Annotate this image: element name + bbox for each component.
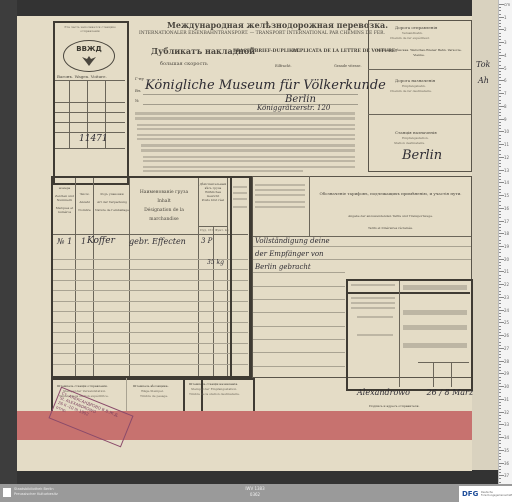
remarks-line-3: Berlin gebracht: [255, 263, 311, 271]
destination-railway-fr: Chemin de fer destinataire.: [390, 89, 432, 93]
header-weight-ru: Дѣйствительный вѣсъ груза: [200, 182, 227, 190]
ruler-tick: [499, 443, 501, 444]
row1-count: 1: [81, 237, 86, 246]
shelfmark: IWV 1383 0362: [240, 486, 270, 498]
ruler-tick: [499, 415, 501, 416]
subheader-funt: Фунт. kg: [215, 228, 229, 232]
ruler-tick: [499, 160, 501, 161]
wagon-label: Вагонъ. Wagen. Voiture.: [57, 74, 107, 79]
ruler-number: 32: [504, 410, 509, 415]
funder-logo: DFG Deutsche Forschungsgemeinschaft: [459, 486, 512, 502]
ruler-tick: [499, 205, 501, 206]
ruler-tick: [499, 189, 501, 190]
ruler-tick: [499, 322, 504, 323]
weighing-stamp-label-de: Wäge-Stempel.: [141, 389, 164, 393]
ruler-number: 1: [504, 15, 507, 20]
ruler-tick: [499, 262, 501, 263]
addressee-name: Königliche Museum für Völkerkunde: [145, 78, 386, 93]
ruler-tick: [499, 125, 501, 126]
ruler-tick: [499, 106, 504, 107]
ruler-tick: [499, 128, 501, 129]
header-marks-fr: Marques et numéros: [56, 206, 73, 214]
subheader-pud: Пуд. Ctr.: [200, 228, 214, 232]
ruler-tick: [499, 367, 501, 368]
ruler-tick: [499, 115, 501, 116]
tariff-title-de: Angabe der anzuwendenden Tarife und Tran…: [313, 214, 468, 218]
ruler-number: 35: [504, 448, 509, 453]
ruler-tick: [499, 112, 501, 113]
ruler-tick: [499, 198, 501, 199]
tariff-title-ru: Обозначеніе тарифовъ, подлежащихъ примѣн…: [313, 191, 468, 197]
ruler-tick: [499, 147, 501, 148]
duplicate-title-de: FRACHTBRIEF-DUPLIKAT.: [233, 49, 300, 54]
ruler-tick: [499, 284, 504, 285]
ruler-tick: [499, 332, 501, 333]
ruler-tick: [499, 475, 504, 476]
tariff-title-fr: Tarifs et itinéraires réclamés.: [313, 226, 468, 230]
ruler-tick: [499, 246, 504, 247]
header-weight-fr: Poids brut réel: [202, 198, 224, 202]
number-label: №: [135, 98, 139, 103]
ruler-tick: [499, 154, 501, 155]
ruler-number: 5: [504, 66, 507, 71]
ruler-number: 22: [504, 282, 509, 287]
ruler-tick: [499, 144, 504, 145]
ruler-tick: [499, 408, 501, 409]
ruler-tick: [499, 291, 501, 292]
library-branding: Staatsbibliothek Berlin Preussischer Kul…: [14, 487, 58, 497]
destination-stamp-label-ru: Штемпель станціи назначенія.: [189, 382, 238, 386]
railway-logo: ВВЖД: [63, 40, 115, 72]
destination-station-de: Empfangsstation.: [402, 136, 429, 140]
ruler-tick: [499, 236, 501, 237]
header-packing-fr: Nature de l'emballage: [95, 208, 129, 212]
header-contents-fr: Désignation de la marchandise: [144, 208, 184, 222]
ruler-tick: [499, 434, 501, 435]
ruler-tick: [499, 307, 501, 308]
ruler-number: 8: [504, 104, 507, 109]
ruler-number: 16: [504, 206, 509, 211]
destination-station-ru: Станція назначенія: [395, 130, 437, 135]
ruler-tick: [499, 141, 501, 142]
ruler-number: 2: [504, 27, 507, 32]
ruler-tick: [499, 437, 504, 438]
ruler-tick: [499, 453, 501, 454]
ruler-tick: [499, 58, 501, 59]
header-packing-de: Art der Verpackung: [97, 200, 127, 204]
ruler-tick: [499, 192, 501, 193]
ruler-tick: [499, 179, 501, 180]
ruler-tick: [499, 447, 501, 448]
header-count: Число Anzahl Nombre: [76, 192, 93, 212]
row2-weight: 35 kg: [207, 259, 224, 266]
ruler-tick: [499, 412, 504, 413]
ruler-tick: [499, 45, 501, 46]
ruler-tick: [499, 84, 501, 85]
destination-railway-de: Empfangsbahn.: [402, 84, 426, 88]
ruler-tick: [499, 182, 504, 183]
header-count-de: Anzahl: [79, 200, 89, 204]
ruler-tick: [499, 478, 501, 479]
ruler-number: 34: [504, 435, 509, 440]
ruler-tick: [499, 421, 501, 422]
header-contents: Наименованіе груза Inhalt Désignation de…: [130, 188, 198, 224]
ruler-tick: [499, 405, 501, 406]
ruler-tick: [499, 119, 504, 120]
ruler-number: 4: [504, 53, 507, 58]
ruler-number: 18: [504, 231, 509, 236]
ruler-tick: [499, 23, 501, 24]
header-marks-ru: Знаки и номера: [58, 182, 71, 190]
ruler-number: 23: [504, 295, 509, 300]
ruler-tick: [499, 39, 501, 40]
ruler-tick: [499, 36, 501, 37]
ruler-tick: [499, 313, 501, 314]
departure-railway-ru: Дорога отправленія: [395, 25, 437, 30]
speed-de: Eilfracht.: [275, 64, 292, 68]
ruler-tick: [499, 310, 504, 311]
ruler-tick: [499, 201, 501, 202]
signature-date: 26 / 8 Marz: [426, 388, 473, 397]
ruler-tick: [499, 17, 504, 18]
dfg-subtitle: Deutsche Forschungsgemeinschaft: [481, 491, 512, 497]
header-packing: Родъ упаковки Art der Verpackung Nature …: [95, 192, 129, 212]
ruler-number: 30: [504, 384, 509, 389]
row1-packing: Koffer: [87, 236, 115, 246]
ruler-tick: [499, 243, 501, 244]
header-packing-ru: Родъ упаковки: [100, 192, 123, 196]
ruler-tick: [499, 221, 504, 222]
ruler-tick: [499, 157, 504, 158]
margin-note: Ah: [478, 76, 489, 85]
signature-place: Alexandrowo: [357, 388, 410, 397]
measurement-ruler: cm12345678910111213141516171819202122232…: [498, 0, 512, 484]
ruler-tick: [499, 55, 504, 56]
ruler-tick: [499, 249, 501, 250]
ruler-tick: [499, 68, 504, 69]
ruler-tick: [499, 424, 504, 425]
speed-ru: большая скорость: [160, 61, 208, 67]
ruler-tick: [499, 227, 501, 228]
ruler-tick: [499, 186, 501, 187]
ruler-tick: [499, 450, 504, 451]
ruler-tick: [499, 268, 501, 269]
ruler-tick: [499, 211, 501, 212]
ruler-tick: [499, 335, 504, 336]
library-logo-icon: [3, 488, 11, 497]
destination-stamp-label-fr: Timbre de la station destinataire.: [189, 392, 240, 396]
ruler-tick: [499, 402, 501, 403]
ruler-tick: [499, 163, 501, 164]
ruler-number: 15: [504, 193, 509, 198]
speed-fr: Grande vitesse.: [334, 64, 362, 68]
dfg-logo-text: DFG: [462, 490, 478, 498]
remarks-line-2: der Empfänger von: [255, 250, 324, 258]
ruler-tick: [499, 456, 501, 457]
weighing-stamp-label-ru: Штемпель вѣсовщика.: [133, 384, 169, 388]
ruler-tick: [499, 61, 501, 62]
ruler-tick: [499, 217, 501, 218]
ruler-tick: [499, 271, 504, 272]
ruler-tick: [499, 459, 501, 460]
ruler-number: 24: [504, 308, 509, 313]
departure-railway-fr: Chemin de fer expéditeur.: [390, 36, 430, 40]
ruler-tick: [499, 230, 501, 231]
ruler-tick: [499, 287, 501, 288]
ruler-tick: [499, 52, 501, 53]
ruler-tick: [499, 392, 501, 393]
addressee-street: Königgrätzerstr. 120: [257, 104, 330, 112]
ruler-tick: [499, 431, 501, 432]
ruler-tick: [499, 482, 501, 483]
ruler-tick: [499, 259, 504, 260]
ruler-tick: [499, 386, 504, 387]
destination-railway-ru: Дорога назначенія: [395, 78, 435, 83]
destination-station-fr: Station destinataire.: [394, 141, 425, 145]
ruler-tick: [499, 233, 504, 234]
ruler-tick: [499, 370, 501, 371]
ruler-tick: [499, 49, 501, 50]
ruler-number: 19: [504, 244, 509, 249]
ruler-tick: [499, 29, 504, 30]
ruler-tick: [499, 65, 501, 66]
ruler-tick: [499, 4, 504, 5]
ruler-tick: [499, 329, 501, 330]
ruler-number: 37: [504, 473, 509, 478]
ruler-tick: [499, 463, 504, 464]
ruler-tick: [499, 275, 501, 276]
ruler-tick: [499, 109, 501, 110]
wagon-number: 11471: [79, 134, 108, 144]
header-contents-ru: Наименованіе груза: [140, 190, 188, 195]
departure-railway-value: Варшавско-Вѣнская. Warschau-Wiener Bahn.…: [373, 48, 465, 58]
ruler-tick: [499, 351, 501, 352]
header-count-fr: Nombre: [78, 208, 90, 212]
ruler-tick: [499, 440, 501, 441]
ruler-number: 21: [504, 269, 509, 274]
ruler-tick: [499, 208, 504, 209]
ruler-tick: [499, 326, 501, 327]
ruler-tick: [499, 173, 501, 174]
ruler-number: 26: [504, 333, 509, 338]
ruler-tick: [499, 7, 501, 8]
ruler-number: 33: [504, 422, 509, 427]
ruler-tick: [499, 256, 501, 257]
signature-place-date: Alexandrowo 26 / 8 Marz: [357, 388, 473, 397]
ruler-number: 3: [504, 40, 507, 45]
document-title-multilingual: INTERNATIONALER EISENBAHNTRANSPORT. — TR…: [139, 31, 385, 36]
ruler-tick: [499, 122, 501, 123]
ruler-tick: [499, 428, 501, 429]
ruler-tick: [499, 33, 501, 34]
ruler-tick: [499, 87, 501, 88]
ruler-tick: [499, 472, 501, 473]
ruler-tick: [499, 170, 504, 171]
ruler-tick: [499, 74, 501, 75]
ruler-tick: [499, 214, 501, 215]
ruler-tick: [499, 176, 501, 177]
place-label: Въ: [135, 88, 140, 93]
ruler-tick: [499, 319, 501, 320]
shelfmark-line-2: 0362: [240, 492, 270, 498]
ruler-number: 9: [504, 117, 507, 122]
header-count-ru: Число: [80, 192, 90, 196]
ruler-tick: [499, 389, 501, 390]
ruler-number: 10: [504, 129, 509, 134]
header-marks-de: Zeichen und Nummern: [55, 194, 74, 202]
ruler-tick: [499, 418, 501, 419]
ruler-tick: [499, 80, 504, 81]
ruler-tick: [499, 26, 501, 27]
ruler-number: 17: [504, 219, 509, 224]
ruler-tick: [499, 96, 501, 97]
ruler-tick: [499, 348, 504, 349]
wagon-slip-notice: Эта часть заполняется станцією отправлен…: [57, 25, 123, 33]
ruler-tick: [499, 281, 501, 282]
ruler-number: 14: [504, 180, 509, 185]
ruler-tick: [499, 469, 501, 470]
ruler-number: 28: [504, 359, 509, 364]
ruler-tick: [499, 42, 504, 43]
addressee-label: Г-ну: [135, 76, 144, 81]
remarks-line-1: Vollständigung deine: [255, 237, 330, 245]
eagle-icon: [82, 54, 96, 66]
ruler-tick: [499, 354, 501, 355]
departure-railway-de: Versandbahn.: [402, 31, 423, 35]
ruler-tick: [499, 135, 501, 136]
ruler-number: cm: [504, 2, 510, 7]
ruler-tick: [499, 240, 501, 241]
ruler-tick: [499, 14, 501, 15]
ruler-tick: [499, 10, 501, 11]
ruler-tick: [499, 342, 501, 343]
viewer-footer: Staatsbibliothek Berlin Preussischer Kul…: [0, 484, 512, 502]
ruler-tick: [499, 300, 501, 301]
signature-label-ru: Подпись и адресъ отправителя.: [369, 404, 419, 408]
ruler-tick: [499, 131, 504, 132]
ruler-tick: [499, 345, 501, 346]
ruler-tick: [499, 466, 501, 467]
ruler-tick: [499, 297, 504, 298]
ruler-tick: [499, 166, 501, 167]
ruler-tick: [499, 265, 501, 266]
weighing-stamp-label-fr: Timbre de pesage.: [140, 394, 168, 398]
ruler-tick: [499, 93, 504, 94]
ruler-tick: [499, 90, 501, 91]
header-weight-de: Wirkliches Gewicht: [205, 190, 221, 198]
ruler-tick: [499, 20, 501, 21]
ruler-number: 27: [504, 346, 509, 351]
ruler-number: 6: [504, 78, 507, 83]
ruler-number: 12: [504, 155, 509, 160]
scan-left-margin: [0, 0, 17, 484]
row1-weight: 3 P: [201, 237, 212, 245]
header-contents-de: Inhalt: [157, 199, 171, 204]
ruler-number: 7: [504, 91, 507, 96]
ruler-tick: [499, 399, 504, 400]
ruler-tick: [499, 138, 501, 139]
ruler-tick: [499, 100, 501, 101]
ruler-tick: [499, 357, 501, 358]
ruler-tick: [499, 396, 501, 397]
ruler-tick: [499, 377, 501, 378]
ruler-tick: [499, 294, 501, 295]
ruler-number: 36: [504, 461, 509, 466]
margin-note: Tok: [476, 60, 490, 69]
row1-marks: № 1: [57, 237, 72, 246]
ruler-tick: [499, 303, 501, 304]
ruler-number: 31: [504, 397, 509, 402]
ruler-tick: [499, 195, 504, 196]
ruler-tick: [499, 252, 501, 253]
ruler-number: 13: [504, 168, 509, 173]
paper-edge-strip: Tok Ah: [472, 0, 498, 470]
railway-logo-text: ВВЖД: [64, 45, 114, 53]
ruler-tick: [499, 103, 501, 104]
ruler-tick: [499, 224, 501, 225]
ruler-tick: [499, 71, 501, 72]
ruler-tick: [499, 361, 504, 362]
header-weight: Дѣйствительный вѣсъ груза Wirkliches Gew…: [199, 182, 227, 202]
ruler-tick: [499, 380, 501, 381]
ruler-number: 29: [504, 371, 509, 376]
ruler-tick: [499, 316, 501, 317]
ruler-tick: [499, 373, 504, 374]
ruler-tick: [499, 278, 501, 279]
ruler-number: 25: [504, 320, 509, 325]
library-subtitle: Preussischer Kulturbesitz: [14, 492, 58, 497]
document-title-ru: Международная желѣзнодорожная перевозка.: [167, 20, 388, 30]
ruler-tick: [499, 364, 501, 365]
row1-contents: gebr. Effecten: [129, 237, 186, 246]
ruler-tick: [499, 338, 501, 339]
ruler-tick: [499, 77, 501, 78]
ruler-tick: [499, 150, 501, 151]
ruler-number: 11: [504, 142, 509, 147]
ruler-tick: [499, 383, 501, 384]
header-marks: Знаки и номера Zeichen und Nummern Marqu…: [54, 182, 75, 214]
destination-stamp-label-de: Stempel der Empfangsstation.: [191, 387, 237, 391]
destination-station-value: Berlin: [402, 148, 442, 163]
ruler-number: 20: [504, 257, 509, 262]
